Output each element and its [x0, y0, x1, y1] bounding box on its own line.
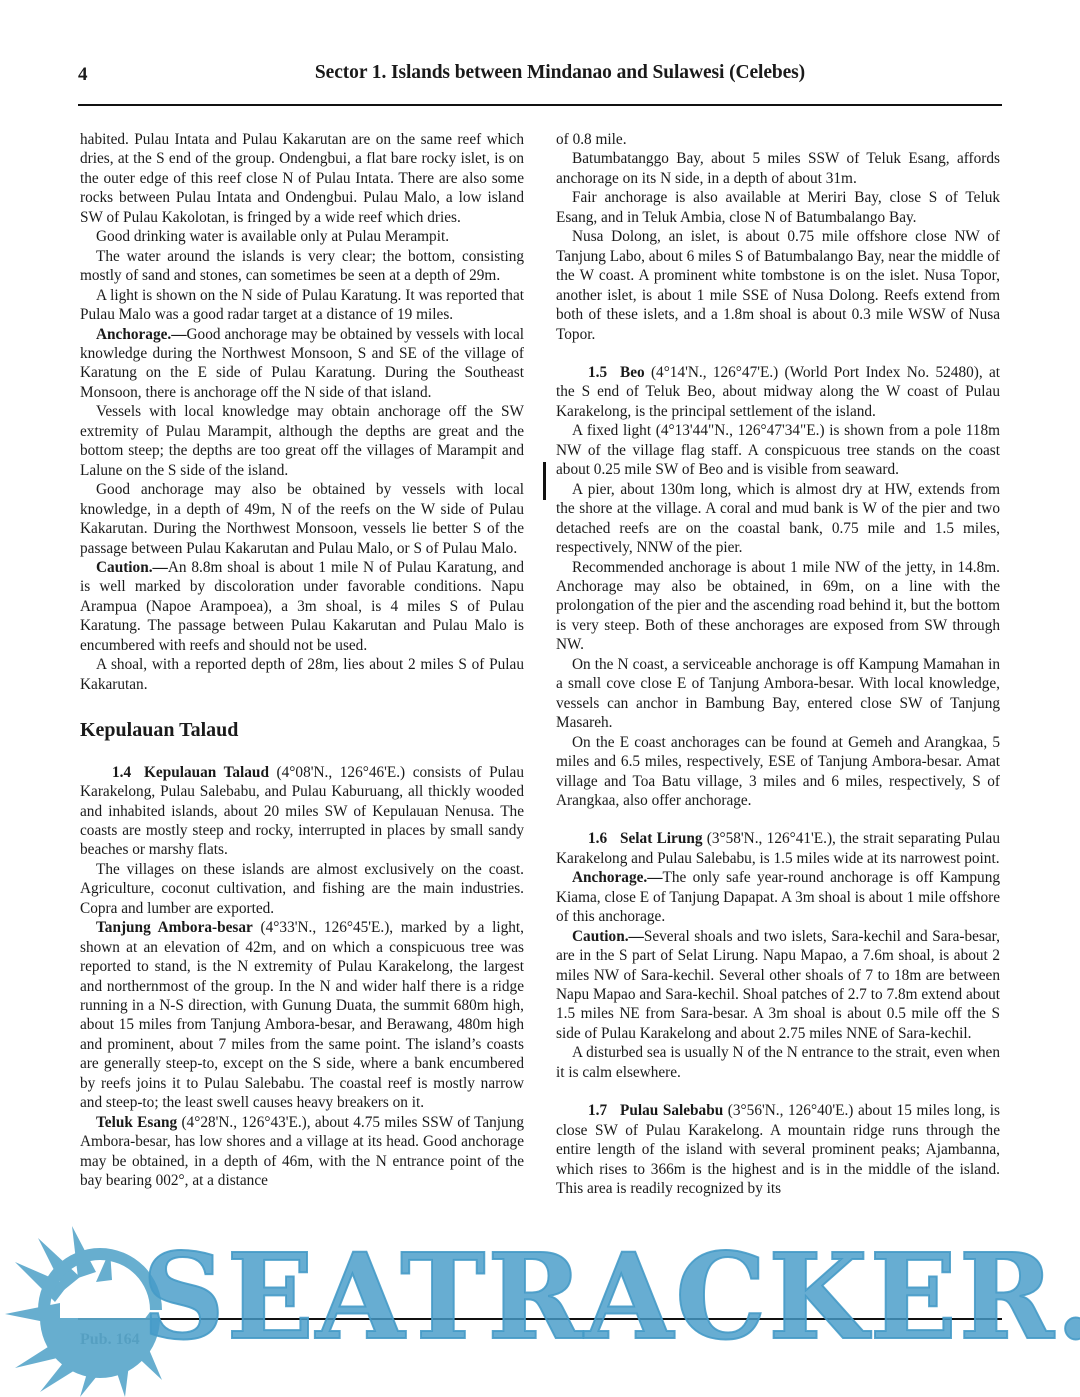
anchorage-paragraph: Anchorage.—Good anchorage may be obtaine…	[80, 325, 524, 403]
section-number: 1.5	[572, 363, 620, 382]
paragraph-text: (4°33'N., 126°45'E.), marked by a light,…	[80, 919, 524, 1111]
header-rule	[78, 104, 1002, 106]
paragraph: Batumbatanggo Bay, about 5 miles SSW of …	[556, 149, 1000, 188]
paragraph: Good drinking water is available only at…	[80, 227, 524, 246]
paragraph: On the E coast anchorages can be found a…	[556, 733, 1000, 811]
paragraph: of 0.8 mile.	[556, 130, 1000, 149]
anchorage-label: Anchorage.—	[96, 326, 187, 343]
section-1-4: 1.4Kepulauan Talaud (4°08'N., 126°46'E.)…	[80, 763, 524, 860]
paragraph: Recommended anchorage is about 1 mile NW…	[556, 558, 1000, 655]
page-number: 4	[78, 64, 88, 86]
section-title: Kepulauan Talaud	[144, 764, 269, 781]
section-1-6: 1.6Selat Lirung (3°58'N., 126°41'E.), th…	[556, 829, 1000, 868]
paragraph: A fixed light (4°13'44"N., 126°47'34"E.)…	[556, 421, 1000, 479]
paragraph: habited. Pulau Intata and Pulau Kakaruta…	[80, 130, 524, 227]
paragraph: A light is shown on the N side of Pulau …	[80, 286, 524, 325]
paragraph: A pier, about 130m long, which is almost…	[556, 480, 1000, 558]
tanjung-paragraph: Tanjung Ambora-besar (4°33'N., 126°45'E.…	[80, 918, 524, 1113]
section-1-5: 1.5Beo (4°14'N., 126°47'E.) (World Port …	[556, 363, 1000, 421]
caution-label: Caution.—	[96, 559, 168, 576]
publication-number: Pub. 164	[80, 1331, 140, 1349]
section-number: 1.6	[572, 829, 620, 848]
paragraph: A disturbed sea is usually N of the N en…	[556, 1043, 1000, 1082]
teluk-paragraph: Teluk Esang (4°28'N., 126°43'E.), about …	[80, 1113, 524, 1191]
section-number: 1.7	[572, 1101, 620, 1120]
paragraph: Fair anchorage is also available at Meri…	[556, 188, 1000, 227]
place-name: Tanjung Ambora-besar	[96, 919, 253, 936]
caution-paragraph: Caution.—Several shoals and two islets, …	[556, 927, 1000, 1044]
paragraph: Nusa Dolong, an islet, is about 0.75 mil…	[556, 227, 1000, 344]
caution-label: Caution.—	[572, 928, 644, 945]
paragraph: The villages on these islands are almost…	[80, 860, 524, 918]
section-title: Pulau Salebabu	[620, 1102, 723, 1119]
paragraph: A shoal, with a reported depth of 28m, l…	[80, 655, 524, 694]
section-1-7: 1.7Pulau Salebabu (3°56'N., 126°40'E.) a…	[556, 1101, 1000, 1198]
place-name: Teluk Esang	[96, 1114, 177, 1131]
watermark-text: SEATRACKER.RU	[142, 1238, 1080, 1356]
paragraph: On the N coast, a serviceable anchorage …	[556, 655, 1000, 733]
caution-paragraph: Caution.—An 8.8m shoal is about 1 mile N…	[80, 558, 524, 655]
anchorage-label: Anchorage.—	[572, 869, 663, 886]
left-column: habited. Pulau Intata and Pulau Kakaruta…	[80, 130, 524, 1191]
paragraph: Vessels with local knowledge may obtain …	[80, 402, 524, 480]
paragraph: The water around the islands is very cle…	[80, 247, 524, 286]
section-title: Selat Lirung	[620, 830, 702, 847]
section-number: 1.4	[96, 763, 144, 782]
running-head: Sector 1. Islands between Mindanao and S…	[200, 62, 920, 84]
anchorage-paragraph: Anchorage.—The only safe year-round anch…	[556, 868, 1000, 926]
section-title: Beo	[620, 364, 645, 381]
right-column: of 0.8 mile. Batumbatanggo Bay, about 5 …	[556, 130, 1000, 1199]
paragraph: Good anchorage may also be obtained by v…	[80, 480, 524, 558]
section-heading: Kepulauan Talaud	[80, 721, 524, 740]
change-bar	[543, 462, 546, 500]
